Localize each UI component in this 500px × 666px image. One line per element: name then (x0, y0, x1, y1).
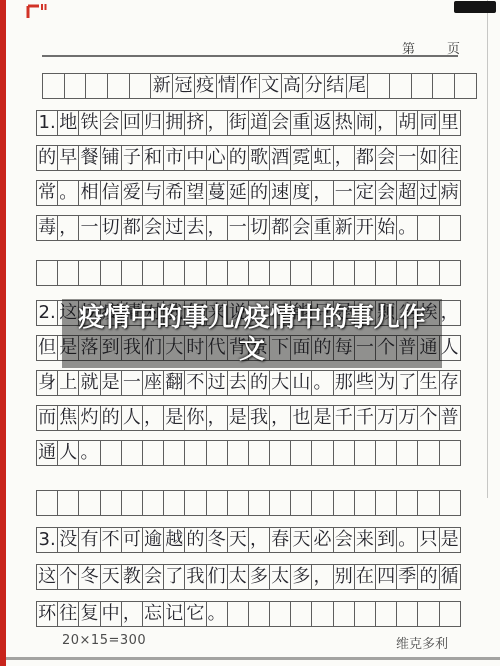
grid-cell: 个 (417, 405, 439, 431)
grid-cell: 都 (354, 145, 376, 171)
grid-cell: 定 (354, 180, 376, 206)
grid-cell: 闹 (354, 110, 376, 136)
grid-cell: 的 (36, 145, 58, 171)
grid-cell: 来 (354, 527, 376, 553)
grid-cell (163, 260, 185, 286)
grid-cell: 教 (121, 564, 143, 590)
grid-cell: 我 (248, 405, 270, 431)
grid-cell: 四 (375, 564, 397, 590)
grid-cell (36, 260, 58, 286)
grid-cell: 过 (417, 180, 439, 206)
grid-cell: 会 (142, 564, 164, 590)
grid-cell: 过 (206, 370, 228, 396)
grid-cell: 越 (163, 527, 185, 553)
grid-cell: ， (269, 405, 291, 431)
grid-cell: 人 (57, 440, 79, 466)
grid-cell: 往 (439, 145, 461, 171)
grid-cell: 望 (184, 180, 206, 206)
bottom-edge-line (0, 657, 500, 660)
grid-cell (57, 260, 79, 286)
grid-cell: 是 (163, 405, 185, 431)
grid-cell (375, 260, 397, 286)
grid-spec-label: 20×15=300 (62, 633, 146, 648)
grid-cell: 它 (184, 601, 206, 627)
grid-cell (417, 215, 439, 241)
grid-cell: ， (206, 215, 228, 241)
grid-cell: 那 (333, 370, 355, 396)
grid-cell: 一 (78, 215, 100, 241)
grid-cell: 些 (354, 370, 376, 396)
grid-row: 的早餐铺子和市中心的歌酒霓虹，都会一如往 (36, 145, 461, 171)
grid-cell (227, 490, 249, 516)
grid-cell: 复 (78, 601, 100, 627)
grid-cell (354, 260, 376, 286)
grid-cell: 。 (57, 180, 79, 206)
grid-cell: 3. (36, 527, 58, 553)
grid-cell: ， (248, 527, 270, 553)
grid-cell (417, 440, 439, 466)
grid-cell (396, 490, 418, 516)
grid-cell (375, 490, 397, 516)
grid-cell (36, 490, 58, 516)
grid-cell: 灼 (78, 405, 100, 431)
grid-cell (184, 440, 206, 466)
grid-cell: 中 (100, 601, 122, 627)
grid-cell: 太 (227, 564, 249, 590)
grid-cell: 会 (269, 110, 291, 136)
grid-cell: 返 (311, 110, 333, 136)
grid-cell: 市 (163, 145, 185, 171)
grid-cell (206, 490, 228, 516)
grid-cell (206, 440, 228, 466)
grid-cell: 存 (439, 370, 461, 396)
grid-cell: 挤 (184, 110, 206, 136)
grid-cell: 蔓 (206, 180, 228, 206)
grid-cell: 忘 (142, 601, 164, 627)
grid-cell: 2. (36, 300, 58, 326)
grid-cell: 虹 (311, 145, 333, 171)
grid-row: 环往复中，忘记它。 (36, 601, 461, 627)
grid-cell: 里 (439, 110, 461, 136)
grid-cell: 也 (290, 405, 312, 431)
grid-cell: 热 (333, 110, 355, 136)
grid-cell (121, 490, 143, 516)
grid-cell (439, 260, 461, 286)
grid-cell (248, 260, 270, 286)
grid-cell (354, 601, 376, 627)
grid-cell: 有 (78, 527, 100, 553)
grid-cell: 生 (417, 370, 439, 396)
grid-cell: 开 (354, 215, 376, 241)
caption-line-2: 文 (239, 334, 265, 366)
grid-cell: 通 (36, 440, 58, 466)
grid-cell (396, 260, 418, 286)
grid-cell: 千 (354, 405, 376, 431)
grid-cell: 多 (290, 564, 312, 590)
grid-cell: 会 (290, 215, 312, 241)
grid-cell: 都 (269, 215, 291, 241)
grid-cell: 爱 (121, 180, 143, 206)
composition-sheet: 第 页 新冠疫情作文高分结尾 1.地铁会回归拥挤，街道会重返热闹，胡同里的早餐铺… (0, 0, 500, 666)
grid-cell: 与 (142, 180, 164, 206)
grid-row: 这个冬天教会了我们太多太多，别在四季的循 (36, 564, 461, 590)
grid-cell: 逾 (142, 527, 164, 553)
grid-cell (333, 260, 355, 286)
grid-cell (311, 440, 333, 466)
grid-cell (142, 260, 164, 286)
grid-cell: 拥 (163, 110, 185, 136)
grid-cell: 的 (184, 527, 206, 553)
grid-cell (142, 440, 164, 466)
grid-cell: 的 (248, 180, 270, 206)
grid-cell: 酒 (269, 145, 291, 171)
grid-cell: ， (311, 564, 333, 590)
grid-cell (417, 490, 439, 516)
grid-cell: 毒 (36, 215, 58, 241)
grid-cell: 们 (206, 564, 228, 590)
grid-cell: 在 (354, 564, 376, 590)
grid-cell (439, 601, 461, 627)
grid-cell: 。 (311, 370, 333, 396)
grid-cell: 同 (417, 110, 439, 136)
grid-cell: 是 (439, 527, 461, 553)
grid-cell: 记 (163, 601, 185, 627)
grid-cell: 去 (227, 370, 249, 396)
grid-cell: 为 (375, 370, 397, 396)
grid-cell (417, 601, 439, 627)
grid-cell: 道 (248, 110, 270, 136)
grid-cell: 过 (163, 215, 185, 241)
grid-cell: 胡 (396, 110, 418, 136)
grid-row: 而焦灼的人，是你，是我，也是千千万万个普 (36, 405, 461, 431)
grid-cell: ， (57, 215, 79, 241)
grid-cell: 人 (121, 405, 143, 431)
grid-cell: 会 (375, 145, 397, 171)
grid-cell (184, 490, 206, 516)
grid-cell: 一 (333, 180, 355, 206)
grid-cell (290, 601, 312, 627)
grid-cell: 相 (78, 180, 100, 206)
grid-cell: 到 (375, 527, 397, 553)
grid-cell: 季 (396, 564, 418, 590)
grid-cell: 的 (227, 145, 249, 171)
grid-cell: 如 (417, 145, 439, 171)
grid-cell (333, 440, 355, 466)
grid-cell: 不 (100, 527, 122, 553)
grid-cell (417, 260, 439, 286)
grid-cell (269, 490, 291, 516)
grid-cell (78, 260, 100, 286)
grid-cell: 山 (290, 370, 312, 396)
grid-row: 毒，一切都会过去，一切都会重新开始。 (36, 215, 461, 241)
grid-cell: 就 (78, 370, 100, 396)
grid-cell (311, 260, 333, 286)
grid-cell: 的 (417, 564, 439, 590)
grid-cell (269, 260, 291, 286)
grid-cell: 环 (36, 601, 58, 627)
grid-cell (269, 440, 291, 466)
grid-row: 身上就是一座翻不过去的大山。那些为了生存 (36, 370, 461, 396)
grid-row: 3.没有不可逾越的冬天，春天必会来到。只是 (36, 527, 461, 553)
grid-cell (248, 601, 270, 627)
grid-cell: ， (375, 110, 397, 136)
grid-cell: 速 (269, 180, 291, 206)
grid-cell: 别 (333, 564, 355, 590)
grid-cell: 一 (227, 215, 249, 241)
grid-cell: 普 (439, 405, 461, 431)
grid-cell: 座 (142, 370, 164, 396)
grid-cell: 。 (78, 440, 100, 466)
grid-cell (163, 440, 185, 466)
grid-cell: 去 (184, 215, 206, 241)
grid-cell: 街 (227, 110, 249, 136)
grid-cell: 铁 (78, 110, 100, 136)
grid-cell: ， (121, 601, 143, 627)
grid-cell (142, 490, 164, 516)
grid-cell (269, 601, 291, 627)
grid-cell (396, 440, 418, 466)
grid-cell: 病 (439, 180, 461, 206)
grid-cell (333, 490, 355, 516)
grid-cell: ， (311, 180, 333, 206)
grid-cell: 霓 (290, 145, 312, 171)
grid-cell (227, 260, 249, 286)
grid-cell (163, 490, 185, 516)
grid-cell (396, 601, 418, 627)
grid-cell (439, 215, 461, 241)
grid-cell: 是 (227, 405, 249, 431)
grid-cell: 常 (36, 180, 58, 206)
caption-overlay: 疫情中的事儿/疫情中的事儿作 文 (62, 299, 442, 368)
grid-cell (184, 260, 206, 286)
grid-cell: 翻 (163, 370, 185, 396)
left-red-margin-bar (0, 0, 6, 666)
grid-cell: 。 (206, 601, 228, 627)
grid-cell (290, 260, 312, 286)
grid-cell: 。 (396, 215, 418, 241)
grid-cell: 循 (439, 564, 461, 590)
grid-cell: 早 (57, 145, 79, 171)
paper-brand-label: 维克多利 (396, 633, 448, 652)
grid-cell: 会 (142, 215, 164, 241)
grid-cell (121, 440, 143, 466)
grid-cell: 千 (333, 405, 355, 431)
grid-cell: 会 (100, 110, 122, 136)
caption-line-1: 疫情中的事儿/疫情中的事儿作 (78, 302, 426, 334)
grid-cell: 太 (269, 564, 291, 590)
grid-cell: 超 (396, 180, 418, 206)
grid-cell: 地 (57, 110, 79, 136)
grid-cell: 的 (100, 405, 122, 431)
grid-cell: 始 (375, 215, 397, 241)
grid-cell: 会 (375, 180, 397, 206)
grid-cell: 焦 (57, 405, 79, 431)
grid-cell: 餐 (78, 145, 100, 171)
grid-row (36, 490, 461, 516)
grid-cell: ， (142, 405, 164, 431)
grid-cell: 个 (57, 564, 79, 590)
grid-cell: 大 (269, 370, 291, 396)
grid-cell: ， (333, 145, 355, 171)
grid-cell (354, 490, 376, 516)
grid-cell: 都 (121, 215, 143, 241)
grid-cell: 你 (184, 405, 206, 431)
grid-cell: 上 (57, 370, 79, 396)
grid-cell (227, 601, 249, 627)
grid-cell: 子 (121, 145, 143, 171)
grid-cell: 这 (36, 564, 58, 590)
grid-cell: 的 (248, 370, 270, 396)
grid-cell: 重 (290, 110, 312, 136)
grid-cell (100, 490, 122, 516)
grid-row: 常。相信爱与希望蔓延的速度，一定会超过病 (36, 180, 461, 206)
grid-cell: 会 (333, 527, 355, 553)
grid-cell: 万 (375, 405, 397, 431)
grid-cell (206, 260, 228, 286)
grid-cell: 天 (227, 527, 249, 553)
grid-cell (333, 601, 355, 627)
grid-cell: 万 (396, 405, 418, 431)
grid-cell (354, 440, 376, 466)
grid-cell: 了 (396, 370, 418, 396)
grid-cell: 重 (311, 215, 333, 241)
grid-cell: 春 (269, 527, 291, 553)
grid-cell: 冬 (206, 527, 228, 553)
grid-cell (290, 440, 312, 466)
grid-cell: 了 (163, 564, 185, 590)
grid-row: 通人。 (36, 440, 461, 466)
grid-cell: 往 (57, 601, 79, 627)
grid-cell: 希 (163, 180, 185, 206)
grid-cell: 心 (206, 145, 228, 171)
grid-cell (100, 260, 122, 286)
grid-cell: 可 (121, 527, 143, 553)
grid-cell (375, 601, 397, 627)
top-right-black-tag (454, 1, 496, 13)
grid-cell: 是 (100, 370, 122, 396)
grid-cell: 回 (121, 110, 143, 136)
grid-cell (100, 440, 122, 466)
grid-cell (227, 440, 249, 466)
grid-cell: 天 (100, 564, 122, 590)
grid-row (36, 260, 461, 286)
grid-cell: 1. (36, 110, 58, 136)
grid-cell: 延 (227, 180, 249, 206)
grid-cell: 而 (36, 405, 58, 431)
grid-cell (311, 601, 333, 627)
grid-cell: 信 (100, 180, 122, 206)
grid-cell: 天 (290, 527, 312, 553)
grid-cell: 必 (311, 527, 333, 553)
grid-cell: 是 (311, 405, 333, 431)
grid-cell: 归 (142, 110, 164, 136)
grid-cell (57, 490, 79, 516)
grid-cell: 冬 (78, 564, 100, 590)
grid-cell: 只 (417, 527, 439, 553)
grid-cell: 我 (184, 564, 206, 590)
grid-cell: 。 (396, 527, 418, 553)
red-corner-mark-icon (26, 2, 47, 24)
grid-cell (439, 440, 461, 466)
grid-cell: 歌 (248, 145, 270, 171)
grid-cell: 一 (396, 145, 418, 171)
grid-cell: 但 (36, 335, 58, 361)
grid-cell: ， (206, 110, 228, 136)
grid-cell (248, 490, 270, 516)
grid-row: 1.地铁会回归拥挤，街道会重返热闹，胡同里 (36, 110, 461, 136)
grid-cell (248, 440, 270, 466)
grid-cell: 切 (248, 215, 270, 241)
grid-cell (375, 440, 397, 466)
grid-cell: ， (206, 405, 228, 431)
grid-cell: 不 (184, 370, 206, 396)
grid-cell (121, 260, 143, 286)
grid-cell (78, 490, 100, 516)
grid-cell: 一 (121, 370, 143, 396)
grid-cell: 身 (36, 370, 58, 396)
grid-cell (311, 490, 333, 516)
grid-cell: 多 (248, 564, 270, 590)
grid-cell: 没 (57, 527, 79, 553)
grid-cell: 切 (100, 215, 122, 241)
grid-cell: 中 (184, 145, 206, 171)
grid-cell: 和 (142, 145, 164, 171)
grid-cell: 新 (333, 215, 355, 241)
grid-cell: 铺 (100, 145, 122, 171)
grid-cell: 度 (290, 180, 312, 206)
grid-cell (290, 490, 312, 516)
grid-cell (439, 490, 461, 516)
